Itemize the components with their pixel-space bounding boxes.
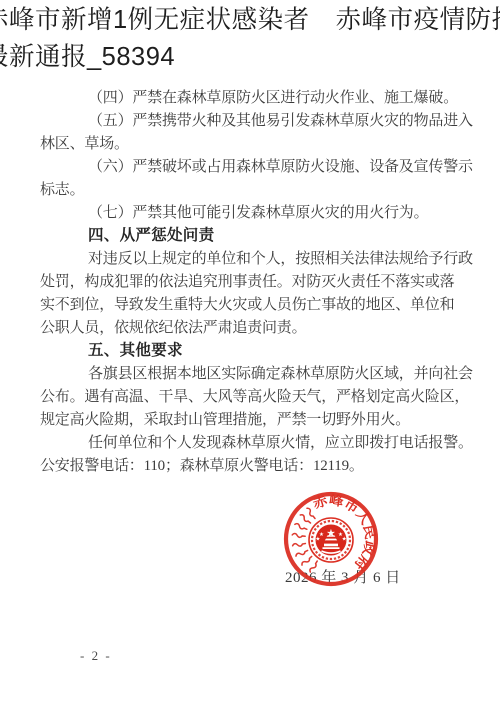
doc-line: （七）严禁其他可能引发森林草原火灾的用火行为。: [88, 203, 428, 223]
small-star-icon: ★: [342, 537, 347, 543]
official-seal: 赤峰市人民政府 ★ ★ ★ ★ ★: [258, 466, 404, 612]
doc-line: 规定高火险期，采取封山管理措施，严禁一切野外用火。: [40, 410, 410, 430]
doc-line: （六）严禁破坏或占用森林草原防火设施、设备及宣传警示: [88, 157, 473, 177]
doc-line: 公职人员，依规依纪依法严肃追责问责。: [40, 318, 306, 338]
page-title-line2: 最新通报_58394: [0, 37, 500, 73]
doc-line: 实不到位，导致发生重特大火灾或人员伤亡事故的地区、单位和: [40, 295, 454, 315]
section-heading-punishment: 四、从严惩处问责: [88, 226, 214, 246]
doc-line: 林区、草场。: [40, 134, 129, 154]
doc-line: 任何单位和个人发现森林草原火情，应立即拨打电话报警。: [88, 433, 473, 453]
national-emblem-icon: ★ ★ ★ ★ ★: [309, 518, 353, 562]
document-page: 赤峰市新增1例无症状感染者 赤峰市疫情防控 最新通报_58394 （四）严禁在森…: [0, 0, 500, 707]
big-star-icon: ★: [326, 528, 335, 540]
doc-line: （五）严禁携带火种及其他易引发森林草原火灾的物品进入: [88, 111, 473, 131]
doc-line: 对违反以上规定的单位和个人，按照相关法律法规给予行政: [88, 249, 473, 269]
doc-line: 处罚，构成犯罪的依法追究刑事责任。对防灭火责任不落实或落: [40, 272, 454, 292]
doc-line: 各旗县区根据本地区实际确定森林草原防火区域，并向社会: [88, 364, 473, 384]
section-heading-other-requirements: 五、其他要求: [88, 341, 183, 361]
doc-line: 标志。: [40, 180, 84, 200]
page-number: - 2 -: [80, 648, 112, 664]
small-star-icon: ★: [315, 537, 320, 543]
doc-line: （四）严禁在森林草原防火区进行动火作业、施工爆破。: [88, 88, 458, 108]
doc-line: 公布。遇有高温、干旱、大风等高火险天气，严格划定高火险区，: [40, 387, 469, 407]
page-title-line1: 赤峰市新增1例无症状感染者 赤峰市疫情防控: [0, 0, 500, 36]
